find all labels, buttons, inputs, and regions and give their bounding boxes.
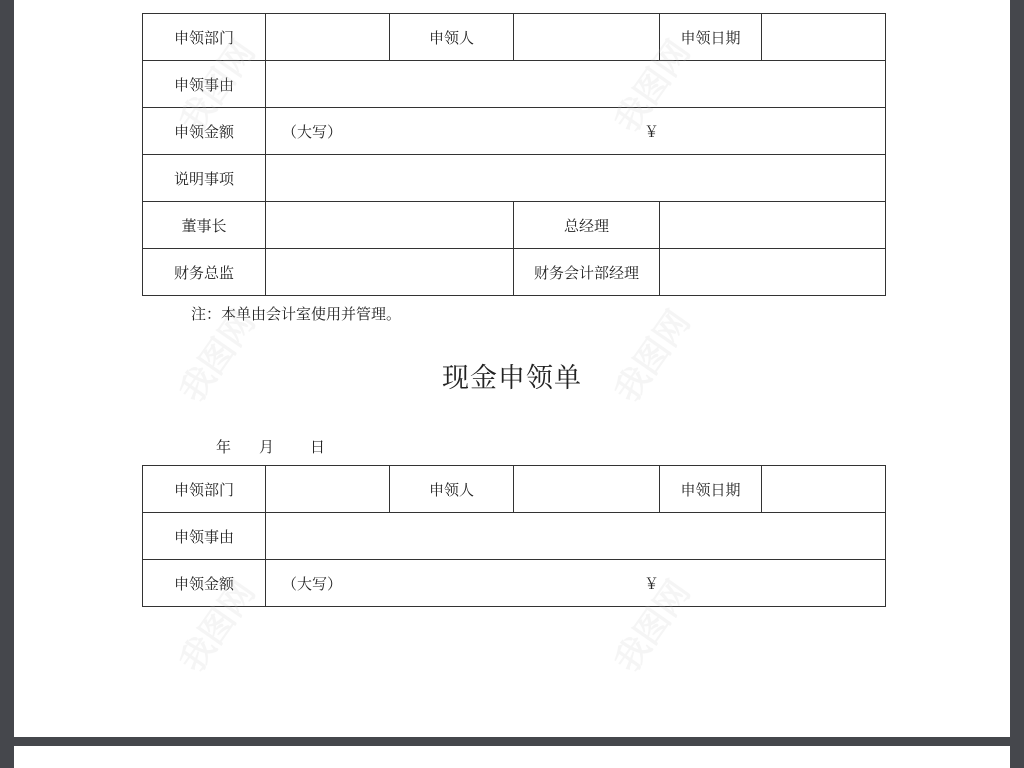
date-field[interactable]	[762, 14, 886, 61]
table-row: 说明事项	[143, 155, 886, 202]
cash-request-form-1: 申领部门 申领人 申领日期 申领事由 申领金额 （大写） ￥ 说明事项 董事长 …	[142, 13, 886, 296]
amount-label: 申领金额	[143, 560, 266, 607]
table-row: 申领事由	[143, 61, 886, 108]
amount-field[interactable]: （大写） ￥	[266, 108, 886, 155]
reason-field[interactable]	[266, 513, 886, 560]
cfo-label: 财务总监	[143, 249, 266, 296]
document-page: 申领部门 申领人 申领日期 申领事由 申领金额 （大写） ￥ 说明事项 董事长 …	[14, 0, 1010, 737]
gm-label: 总经理	[514, 202, 660, 249]
page-title: 现金申领单	[14, 356, 1010, 395]
gm-field[interactable]	[660, 202, 886, 249]
date-line: 年月日	[216, 436, 325, 457]
table-row: 申领事由	[143, 513, 886, 560]
finance-manager-field[interactable]	[660, 249, 886, 296]
cash-request-form-2: 申领部门 申领人 申领日期 申领事由 申领金额 （大写） ￥	[142, 465, 886, 607]
date-label: 申领日期	[660, 466, 762, 513]
dept-field[interactable]	[266, 14, 390, 61]
date-field[interactable]	[762, 466, 886, 513]
dept-label: 申领部门	[143, 14, 266, 61]
form-note: 注：本单由会计室使用并管理。	[191, 303, 401, 324]
applicant-field[interactable]	[514, 466, 660, 513]
cfo-field[interactable]	[266, 249, 514, 296]
capital-label: （大写）	[282, 575, 342, 593]
yen-symbol: ￥	[644, 121, 659, 142]
dept-label: 申领部门	[143, 466, 266, 513]
table-row: 申领部门 申领人 申领日期	[143, 14, 886, 61]
table-row: 财务总监 财务会计部经理	[143, 249, 886, 296]
next-page	[14, 746, 1010, 768]
finance-manager-label: 财务会计部经理	[514, 249, 660, 296]
dept-field[interactable]	[266, 466, 390, 513]
table-row: 申领金额 （大写） ￥	[143, 560, 886, 607]
capital-label: （大写）	[282, 123, 342, 141]
table-row: 申领金额 （大写） ￥	[143, 108, 886, 155]
chairman-label: 董事长	[143, 202, 266, 249]
reason-field[interactable]	[266, 61, 886, 108]
applicant-label: 申领人	[390, 14, 514, 61]
day-label: 日	[310, 436, 325, 457]
amount-field[interactable]: （大写） ￥	[266, 560, 886, 607]
month-label: 月	[259, 436, 274, 457]
reason-label: 申领事由	[143, 513, 266, 560]
date-label: 申领日期	[660, 14, 762, 61]
chairman-field[interactable]	[266, 202, 514, 249]
year-label: 年	[216, 436, 231, 457]
table-row: 董事长 总经理	[143, 202, 886, 249]
amount-label: 申领金额	[143, 108, 266, 155]
notes-label: 说明事项	[143, 155, 266, 202]
notes-field[interactable]	[266, 155, 886, 202]
yen-symbol: ￥	[644, 573, 659, 594]
reason-label: 申领事由	[143, 61, 266, 108]
table-row: 申领部门 申领人 申领日期	[143, 466, 886, 513]
applicant-field[interactable]	[514, 14, 660, 61]
applicant-label: 申领人	[390, 466, 514, 513]
